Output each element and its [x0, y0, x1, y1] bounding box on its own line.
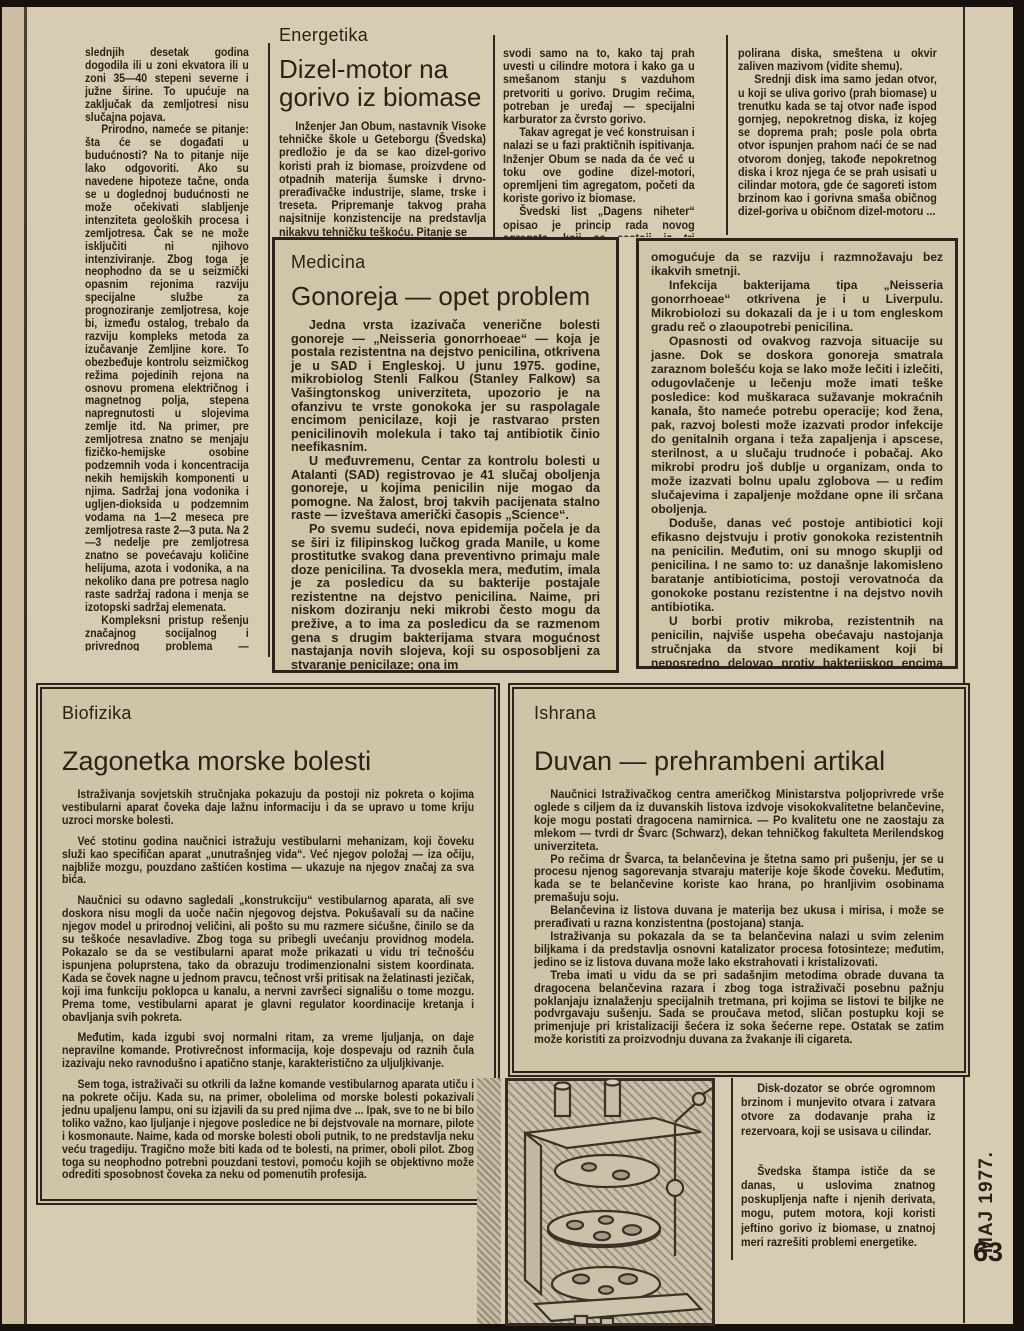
scanned-magazine-page: slednjih desetak godina dogodila ili u z… — [0, 0, 1024, 1331]
paragraph: Švedski list „Dagens niheter“ opisao je … — [503, 205, 695, 237]
paragraph: Već stotinu godina naučnici istražuju ve… — [62, 835, 474, 887]
disk-mechanism-drawing — [505, 1078, 715, 1326]
page-number: 63 — [973, 1237, 1003, 1268]
article-ishrana-box: Ishrana Duvan — prehrambeni artikal Nauč… — [508, 683, 970, 1077]
article-body: Jedna vrsta izazivača venerične bolesti … — [291, 319, 600, 672]
caption-paragraph: Disk-dozator se obrće ogromnom brzinom i… — [741, 1081, 935, 1138]
paragraph: polirana diska, smeštena u okvir zaliven… — [738, 47, 937, 73]
illustration-captions: Disk-dozator se obrće ogromnom brzinom i… — [741, 1081, 935, 1311]
paragraph: Sem toga, istraživači su otkrili da lažn… — [62, 1078, 474, 1181]
paragraph: Jedna vrsta izazivača venerične bolesti … — [291, 319, 600, 455]
paragraph: Istraživanja sovjetskih stručnjaka pokaz… — [62, 788, 474, 827]
paragraph: Inženjer Jan Obum, nastavnik Visoke tehn… — [279, 120, 486, 237]
paragraph: Naučnici Istraživačkog centra američkog … — [534, 788, 944, 853]
paragraph: Srednji disk ima samo jedan otvor, u koj… — [738, 73, 937, 218]
article-energetika-column-3: polirana diska, smeštena u okvir zaliven… — [738, 47, 937, 237]
article-medicina-box: Medicina Gonoreja — opet problem Jedna v… — [272, 237, 619, 673]
section-label: Medicina — [291, 252, 600, 273]
paragraph: Međutim, kada izgubi svoj normalni ritam… — [62, 1031, 474, 1070]
article-body: Naučnici Istraživačkog centra američkog … — [534, 788, 944, 1046]
column-divider — [268, 43, 270, 657]
article-energetika: Energetika Dizel-motor na gorivo iz biom… — [279, 25, 486, 237]
article-title: Duvan — prehrambeni artikal — [534, 746, 944, 776]
paragraph: Kompleksni pristup rešenju značajnog soc… — [85, 615, 249, 651]
section-label: Ishrana — [534, 703, 944, 724]
paragraph: Po rečima dr Švarca, ta belančevina je š… — [534, 853, 944, 905]
article-seismology-column: slednjih desetak godina dogodila ili u z… — [85, 47, 249, 651]
page-fold-edge — [24, 7, 27, 1324]
paragraph: Infekcija bakterijama tipa „Neisseria go… — [651, 278, 943, 334]
caption-divider-rule — [731, 1078, 733, 1260]
section-label: Energetika — [279, 25, 486, 46]
article-energetika-column-2: svodi samo na to, kako taj prah uvesti u… — [503, 47, 695, 237]
paragraph: svodi samo na to, kako taj prah uvesti u… — [503, 47, 695, 126]
disk-dozator-illustration — [505, 1078, 715, 1326]
article-body: omogućuje da se razviju i razmnožavaju b… — [651, 250, 943, 669]
section-label: Biofizika — [62, 703, 474, 724]
paragraph: Treba imati u vidu da se pri sadašnjim m… — [534, 969, 944, 1046]
caption-paragraph: Švedska štampa ističe da se danas, u usl… — [741, 1164, 935, 1249]
paragraph: Takav agregat je već konstruisan i nalaz… — [503, 126, 695, 205]
paragraph: Opasnosti od ovakvog razvoja situacije s… — [651, 334, 943, 516]
paragraph: Po svemu sudeći, nova epidemija počela j… — [291, 523, 600, 673]
paragraph: U borbi protiv mikroba, rezistentnih na … — [651, 614, 943, 669]
paragraph: Doduše, danas već postoje antibiotici ko… — [651, 516, 943, 614]
issue-month-label: MAJ 1977. — [976, 1135, 998, 1253]
paragraph: omogućuje da se razviju i razmnožavaju b… — [651, 250, 943, 278]
article-title: Gonoreja — opet problem — [291, 282, 600, 310]
paragraph: U međuvremenu, Centar za kontrolu bolest… — [291, 455, 600, 523]
paragraph: Prirodno, nameće se pitanje: šta će se d… — [85, 124, 249, 614]
article-body: Istraživanja sovjetskih stručnjaka pokaz… — [62, 788, 474, 1181]
paragraph: Naučnici su odavno sagledali „konstrukci… — [62, 894, 474, 1023]
halftone-strip — [477, 1078, 501, 1324]
paragraph: Belančevina iz listova duvana je materij… — [534, 904, 944, 930]
article-biofizika-box: Biofizika Zagonetka morske bolesti Istra… — [36, 683, 500, 1205]
paragraph: Istraživanja su pokazala da se ta belanč… — [534, 930, 944, 969]
right-margin-rule — [963, 7, 965, 1323]
column-divider — [493, 35, 495, 237]
article-title: Dizel-motor na gorivo iz biomase — [279, 55, 486, 111]
paper-surface: slednjih desetak godina dogodila ili u z… — [2, 7, 1013, 1324]
article-title: Zagonetka morske bolesti — [62, 746, 474, 776]
column-divider — [726, 35, 728, 235]
article-medicina-continuation-box: omogućuje da se razviju i razmnožavaju b… — [636, 238, 958, 669]
article-body: Inženjer Jan Obum, nastavnik Visoke tehn… — [279, 120, 486, 237]
paragraph: slednjih desetak godina dogodila ili u z… — [85, 47, 249, 124]
